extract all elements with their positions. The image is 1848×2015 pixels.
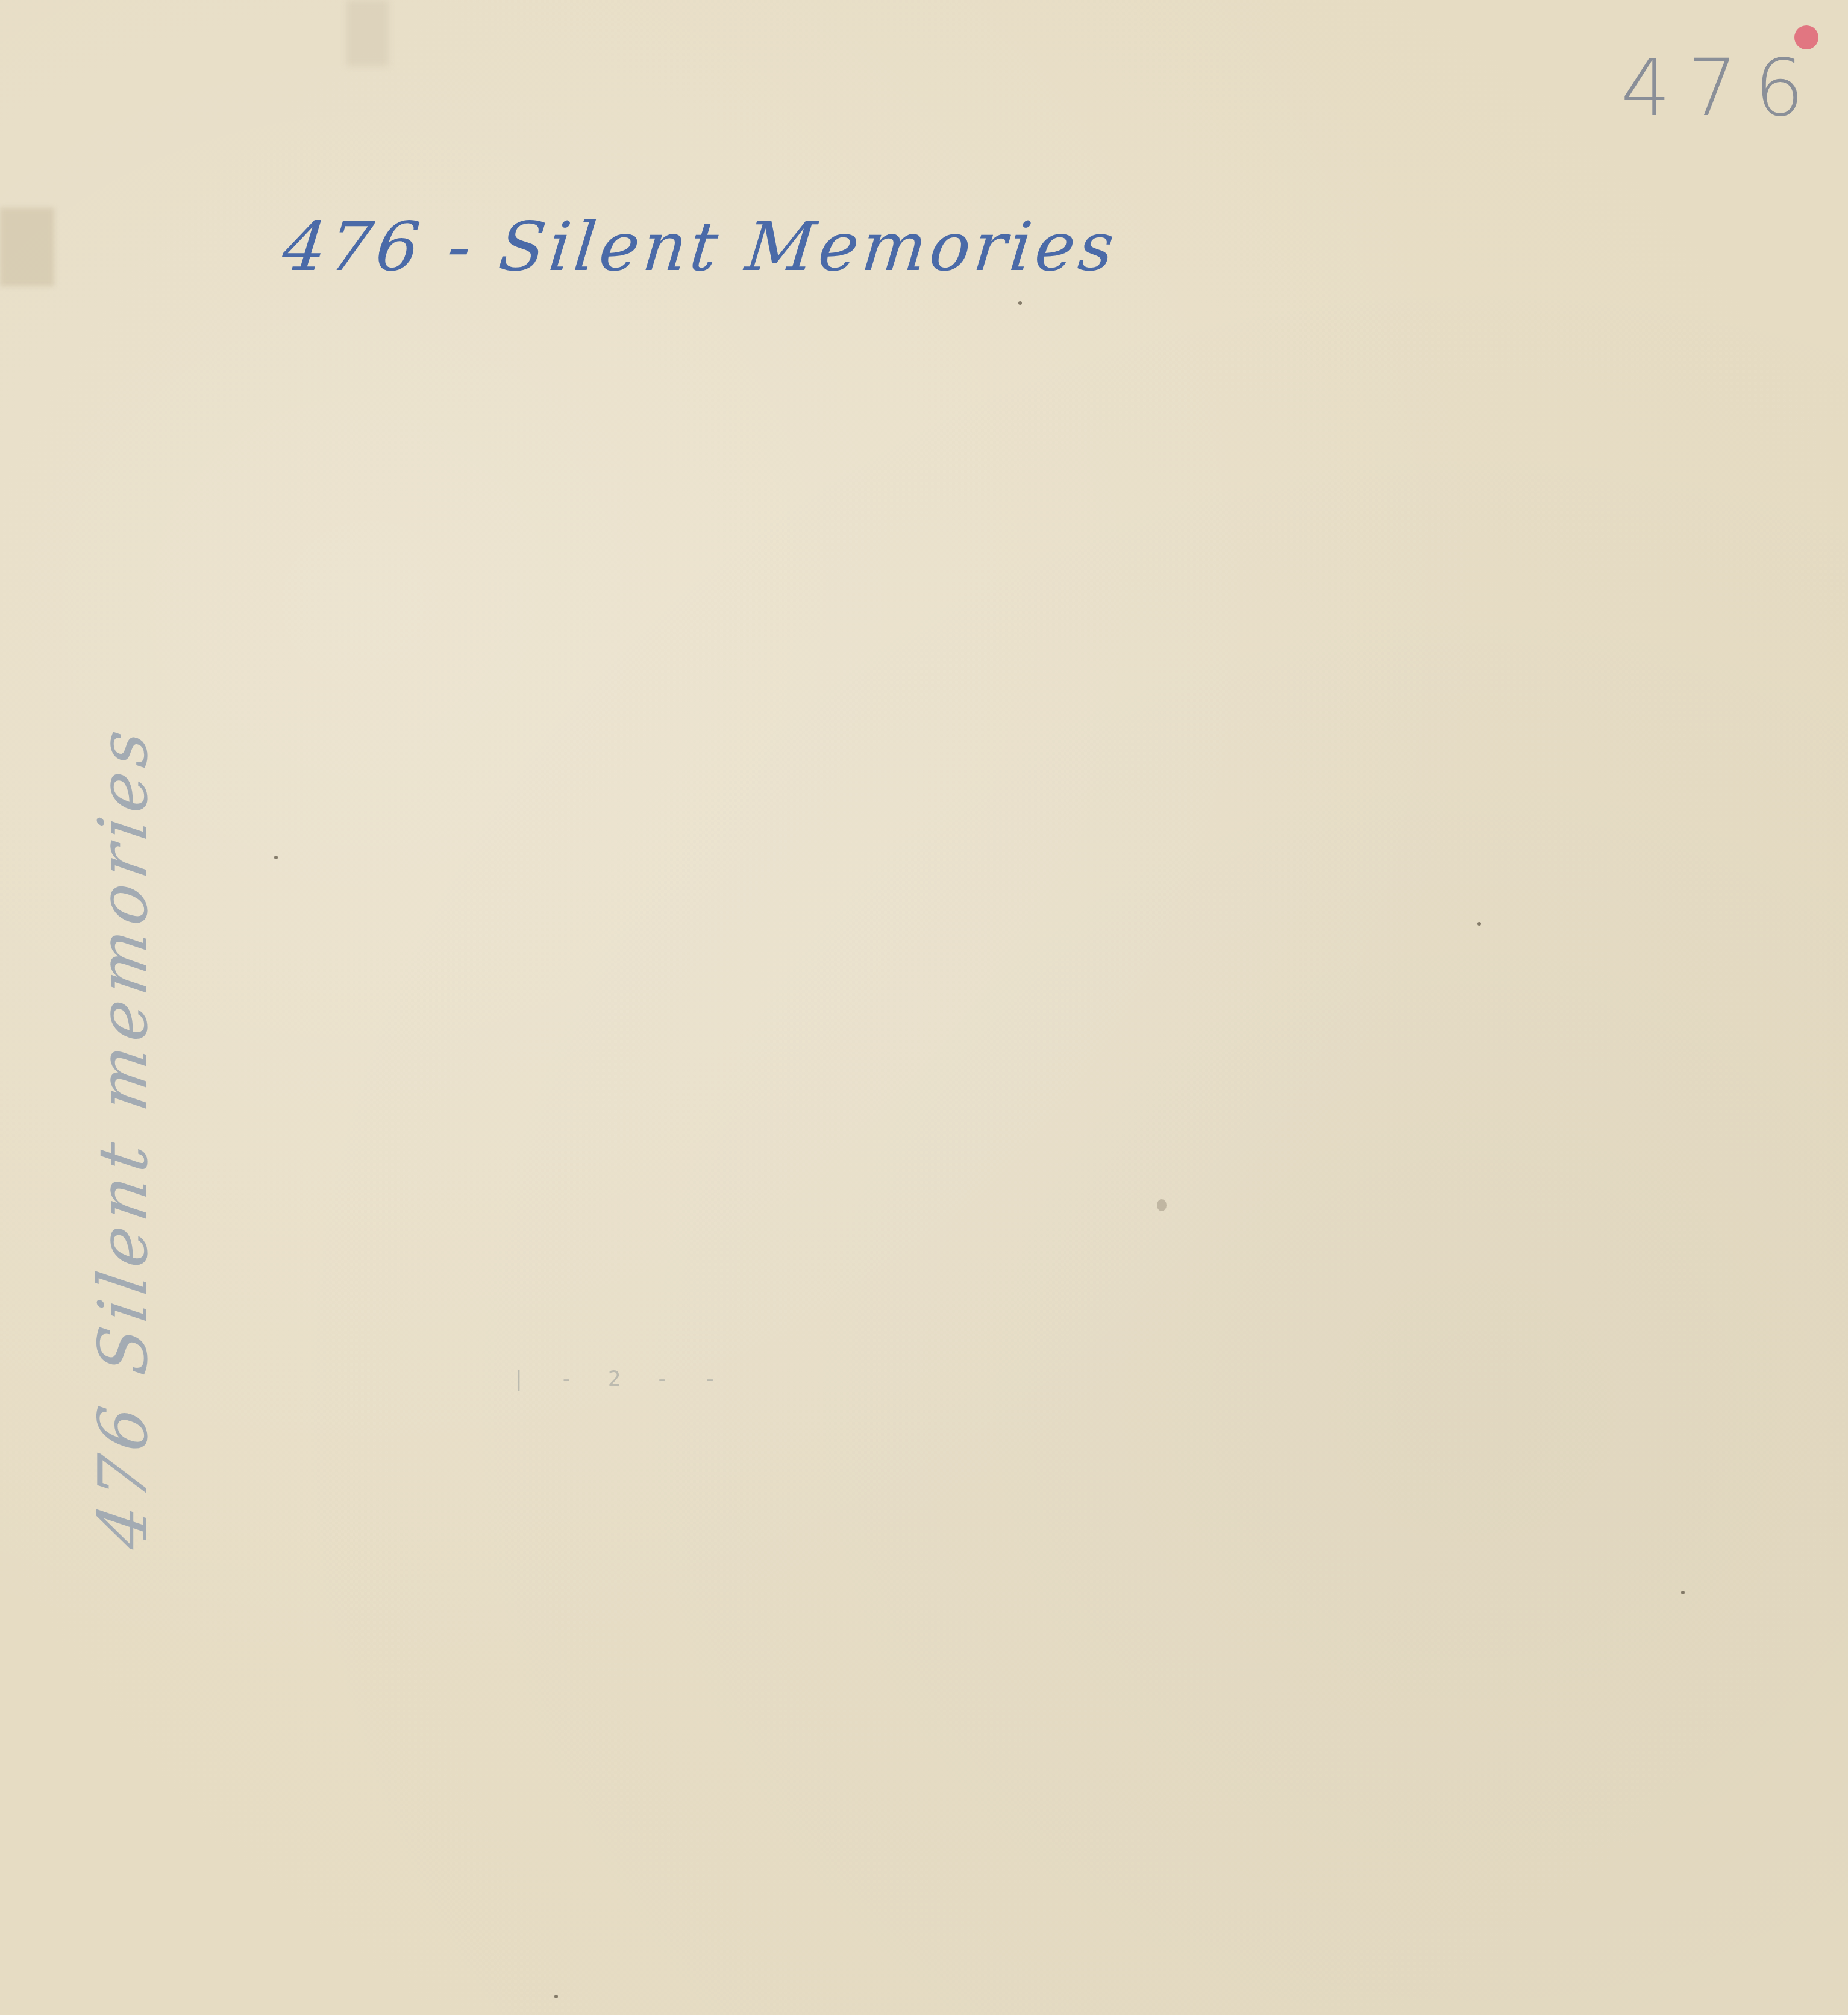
- faint-pencil-marks: | - 2 - -: [512, 1367, 727, 1391]
- paper-speck: [274, 856, 278, 859]
- rotated-side-annotation: 476 Silent memories: [84, 711, 163, 1553]
- paper-speck: [1681, 1591, 1685, 1594]
- red-marker-dot-icon: [1794, 25, 1818, 49]
- paper-speck: [554, 1995, 558, 1998]
- paper-speck: [1018, 301, 1022, 305]
- paper-speck: [1477, 922, 1481, 926]
- paper-stain: [0, 208, 54, 286]
- document-page: 476 - Silent Memories 476 476 Silent mem…: [0, 0, 1848, 2015]
- paper-speck: [1157, 1199, 1167, 1211]
- paper-stain: [346, 0, 389, 66]
- page-number: 476: [1621, 42, 1821, 134]
- handwritten-title: 476 - Silent Memories: [279, 208, 1121, 286]
